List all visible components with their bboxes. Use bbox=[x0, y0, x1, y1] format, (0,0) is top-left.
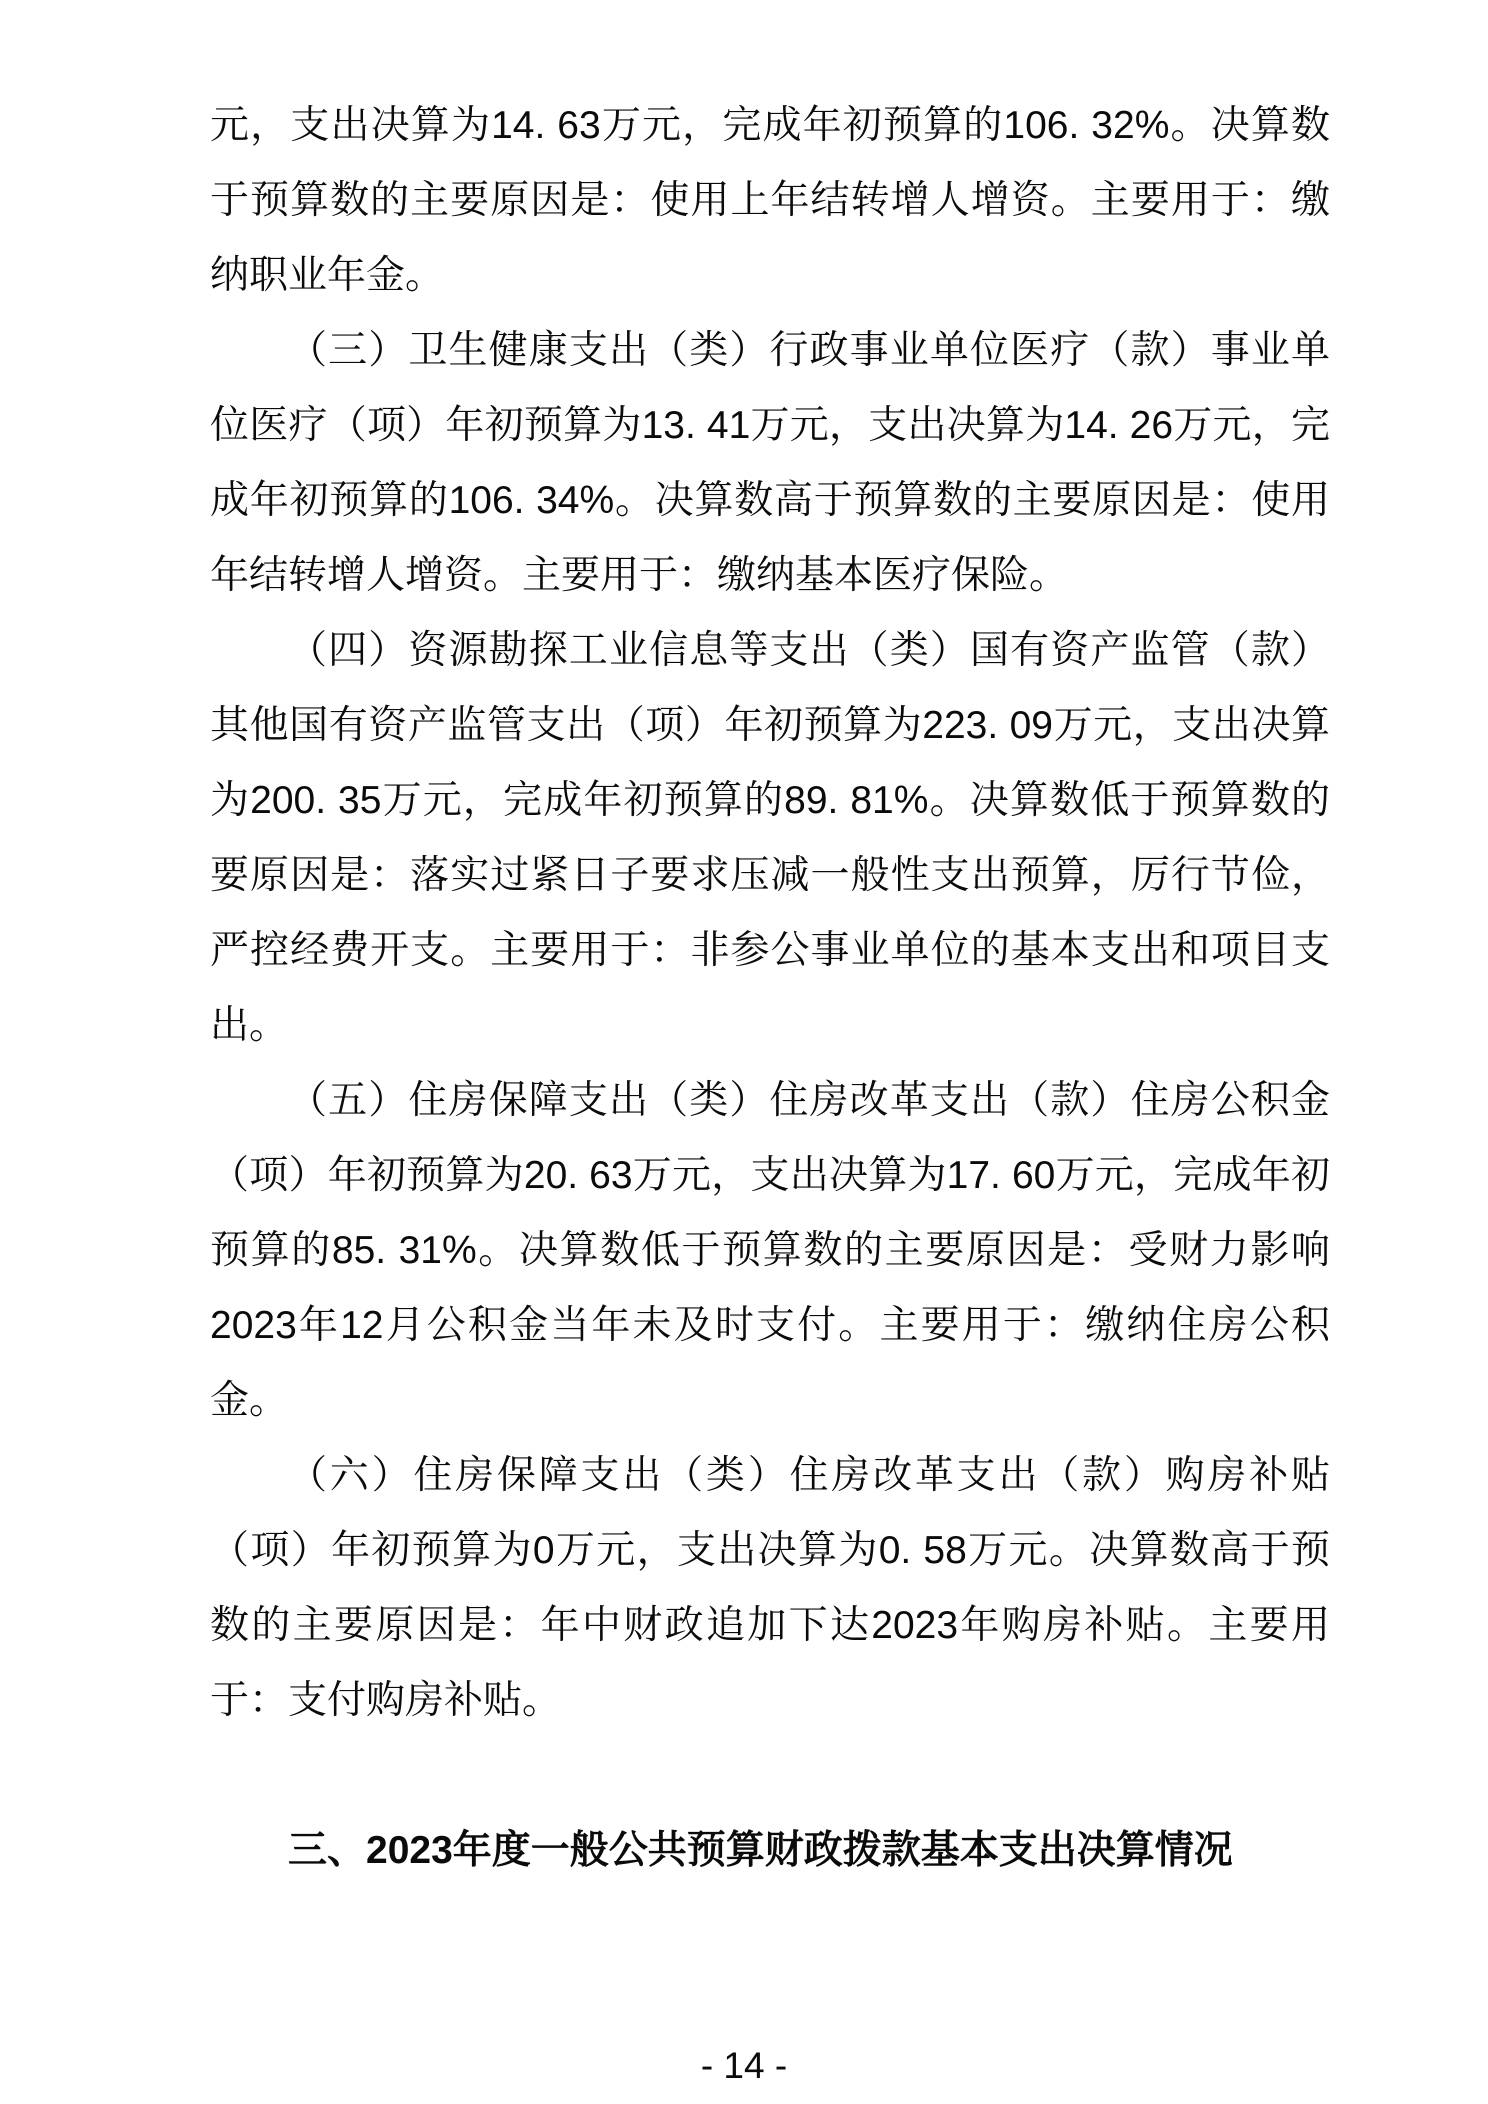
text-column: 元，支出决算为14. 63万元，完成年初预算的106. 32%。决算数高于预算数… bbox=[210, 88, 1330, 1888]
text-line: （六）住房保障支出（类）住房改革支出（款）购房补贴 bbox=[210, 1438, 1330, 1513]
text-line: （三）卫生健康支出（类）行政事业单位医疗（款）事业单 bbox=[210, 313, 1330, 388]
text-line: 于预算数的主要原因是：使用上年结转增人增资。主要用于：缴 bbox=[210, 163, 1330, 238]
document-page: 元，支出决算为14. 63万元，完成年初预算的106. 32%。决算数高于预算数… bbox=[0, 0, 1488, 2104]
text-line: 预算的85. 31%。决算数低于预算数的主要原因是：受财力影响 bbox=[210, 1213, 1330, 1288]
text-line: 出。 bbox=[210, 988, 1330, 1063]
text-line: 其他国有资产监管支出（项）年初预算为223. 09万元，支出决算 bbox=[210, 688, 1330, 763]
text-line: 纳职业年金。 bbox=[210, 238, 1330, 313]
text-line: 成年初预算的106. 34%。决算数高于预算数的主要原因是：使用上 bbox=[210, 463, 1330, 538]
text-line: 金。 bbox=[210, 1363, 1330, 1438]
text-line: （项）年初预算为0万元，支出决算为0. 58万元。决算数高于预算 bbox=[210, 1513, 1330, 1588]
text-line: （五）住房保障支出（类）住房改革支出（款）住房公积金 bbox=[210, 1063, 1330, 1138]
text-line: 年结转增人增资。主要用于：缴纳基本医疗保险。 bbox=[210, 538, 1330, 613]
text-line: 为200. 35万元，完成年初预算的89. 81%。决算数低于预算数的主 bbox=[210, 763, 1330, 838]
text-line: 严控经费开支。主要用于：非参公事业单位的基本支出和项目支 bbox=[210, 913, 1330, 988]
text-line: （项）年初预算为20. 63万元，支出决算为17. 60万元，完成年初 bbox=[210, 1138, 1330, 1213]
page-number: - 14 - bbox=[0, 2036, 1488, 2096]
text-line: 2023年12月公积金当年未及时支付。主要用于：缴纳住房公积 bbox=[210, 1288, 1330, 1363]
text-line: 元，支出决算为14. 63万元，完成年初预算的106. 32%。决算数高 bbox=[210, 88, 1330, 163]
text-line: （四）资源勘探工业信息等支出（类）国有资产监管（款） bbox=[210, 613, 1330, 688]
text-line: 于：支付购房补贴。 bbox=[210, 1663, 1330, 1738]
text-line: 位医疗（项）年初预算为13. 41万元，支出决算为14. 26万元，完 bbox=[210, 388, 1330, 463]
text-line: 数的主要原因是：年中财政追加下达2023年购房补贴。主要用 bbox=[210, 1588, 1330, 1663]
text-line: 要原因是：落实过紧日子要求压减一般性支出预算，厉行节俭， bbox=[210, 838, 1330, 913]
section-heading: 三、2023年度一般公共预算财政拨款基本支出决算情况 bbox=[210, 1813, 1330, 1888]
